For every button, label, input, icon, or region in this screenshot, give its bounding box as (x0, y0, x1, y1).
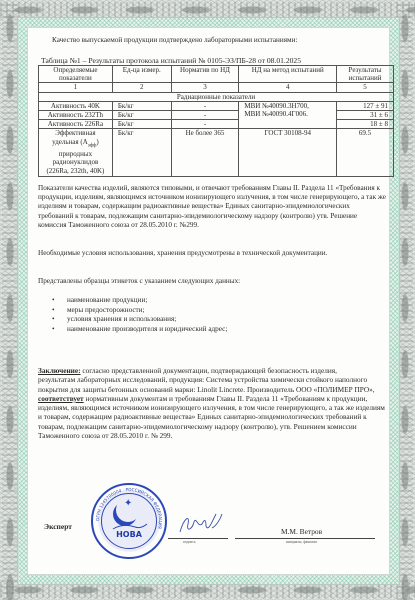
organization-stamp-icon: ОГРН 1245700004 · РОССИЙСКАЯ ФЕДЕРАЦИЯ ✦… (91, 483, 167, 559)
indicator-line: природных (41, 150, 110, 158)
norm-cell: Не более 365 (171, 129, 239, 177)
label-data-list: наименование продукции; меры предосторож… (52, 296, 227, 334)
stamp-name: НОВА (93, 530, 165, 539)
norm-cell: - (171, 111, 239, 120)
paragraph-labels-intro: Представлены образцы этикеток с указание… (38, 277, 386, 286)
column-number: 1 (39, 83, 113, 92)
indicator-text: ) (96, 138, 98, 146)
column-number: 5 (337, 83, 394, 92)
result-cell: 69.5 (337, 129, 394, 177)
column-number: 4 (239, 83, 337, 92)
table-row: Активность 226Ra Бк/кг - 18 ± 8 (39, 120, 394, 129)
method-line: МВИ №40090.4Г006. (244, 110, 334, 118)
unit-cell: Бк/кг (112, 120, 171, 129)
unit-cell: Бк/кг (112, 129, 171, 177)
header-cell: Норматив по НД (171, 66, 239, 83)
result-cell: 18 ± 8 (337, 120, 394, 129)
intro-text: Качество выпускаемой продукции подтвержд… (52, 36, 297, 45)
header-cell: Определяемые показатели (39, 66, 113, 83)
expert-label: Эксперт (44, 522, 72, 531)
indicator-cell: Активность 40K (39, 101, 113, 110)
indicator-cell: Активность 232Th (39, 111, 113, 120)
unit-cell: Бк/кг (112, 111, 171, 120)
list-item: условия хранения и использования; (52, 315, 227, 325)
indicator-cell: Эффективная удельная (Aэфф) природных ра… (39, 129, 113, 177)
conclusion-text: результатам лабораторных исследований, п… (38, 375, 375, 393)
table-row-effective: Эффективная удельная (Aэфф) природных ра… (39, 129, 394, 177)
conclusion-text: нормативным документам и требованиям Гла… (38, 394, 385, 440)
indicator-text: удельная (A (52, 138, 88, 146)
result-cell: 31 ± 6 (337, 111, 394, 120)
table-row: Активность 40K Бк/кг - МВИ №40090.3Н700,… (39, 101, 394, 110)
conclusion-block: Заключение: согласно представленной доку… (38, 366, 388, 440)
results-table: Определяемые показатели Ед-ца измер. Нор… (38, 65, 394, 177)
column-number: 3 (171, 83, 239, 92)
signature-line (168, 538, 228, 539)
conclusion-heading: Заключение: (38, 366, 81, 375)
list-item: меры предосторожности; (52, 306, 227, 316)
table-row: Активность 232Th Бк/кг - 31 ± 6 (39, 111, 394, 120)
paragraph-conditions: Необходимые условия использования, хране… (38, 249, 386, 258)
method-line: МВИ №40090.3Н700, (244, 102, 334, 110)
header-cell: НД на метод испытаний (239, 66, 337, 83)
result-cell: 127 ± 91 (337, 101, 394, 110)
conclusion-complies: соответствует (38, 394, 84, 403)
norm-cell: - (171, 120, 239, 129)
signature-caption: подпись (183, 540, 196, 544)
list-item: наименование производителя и юридический… (52, 325, 227, 335)
star-icon: ✦ (124, 499, 132, 509)
column-number: 2 (112, 83, 171, 92)
decorative-wave-left (2, 0, 18, 600)
table-header-row: Определяемые показатели Ед-ца измер. Нор… (39, 66, 394, 83)
paragraph-compliance: Показатели качества изделий, являются ти… (38, 184, 386, 230)
indicator-line: радионуклидов (41, 158, 110, 166)
section-title: Радиационные показатели (39, 92, 394, 101)
header-cell: Ед-ца измер. (112, 66, 171, 83)
section-row: Радиационные показатели (39, 92, 394, 101)
indicator-line: (226Ra, 232th, 40K) (41, 167, 110, 175)
expert-name: М.М. Ветров (281, 527, 322, 536)
header-cell: Результаты испытаний (337, 66, 394, 83)
handwritten-signature-icon (176, 510, 226, 538)
decorative-wave-top (0, 2, 415, 18)
indicator-line: удельная (Aэфф) (41, 138, 110, 151)
indicator-line: Эффективная (41, 129, 110, 137)
list-item: наименование продукции; (52, 296, 227, 306)
certificate-page: Качество выпускаемой продукции подтвержд… (27, 27, 390, 575)
conclusion-text: согласно представленной документации, по… (81, 366, 337, 375)
table-caption: Таблица №1 – Результаты протокола испыта… (41, 56, 301, 65)
indicator-cell: Активность 226Ra (39, 120, 113, 129)
unit-cell: Бк/кг (112, 101, 171, 110)
norm-cell: - (171, 101, 239, 110)
column-number-row: 1 2 3 4 5 (39, 83, 394, 92)
name-caption: инициалы, фамилия (286, 540, 317, 544)
name-line (235, 538, 375, 539)
method-cell: ГОСТ 30108-94 (239, 129, 337, 177)
method-cell-merged: МВИ №40090.3Н700, МВИ №40090.4Г006. (239, 101, 337, 129)
